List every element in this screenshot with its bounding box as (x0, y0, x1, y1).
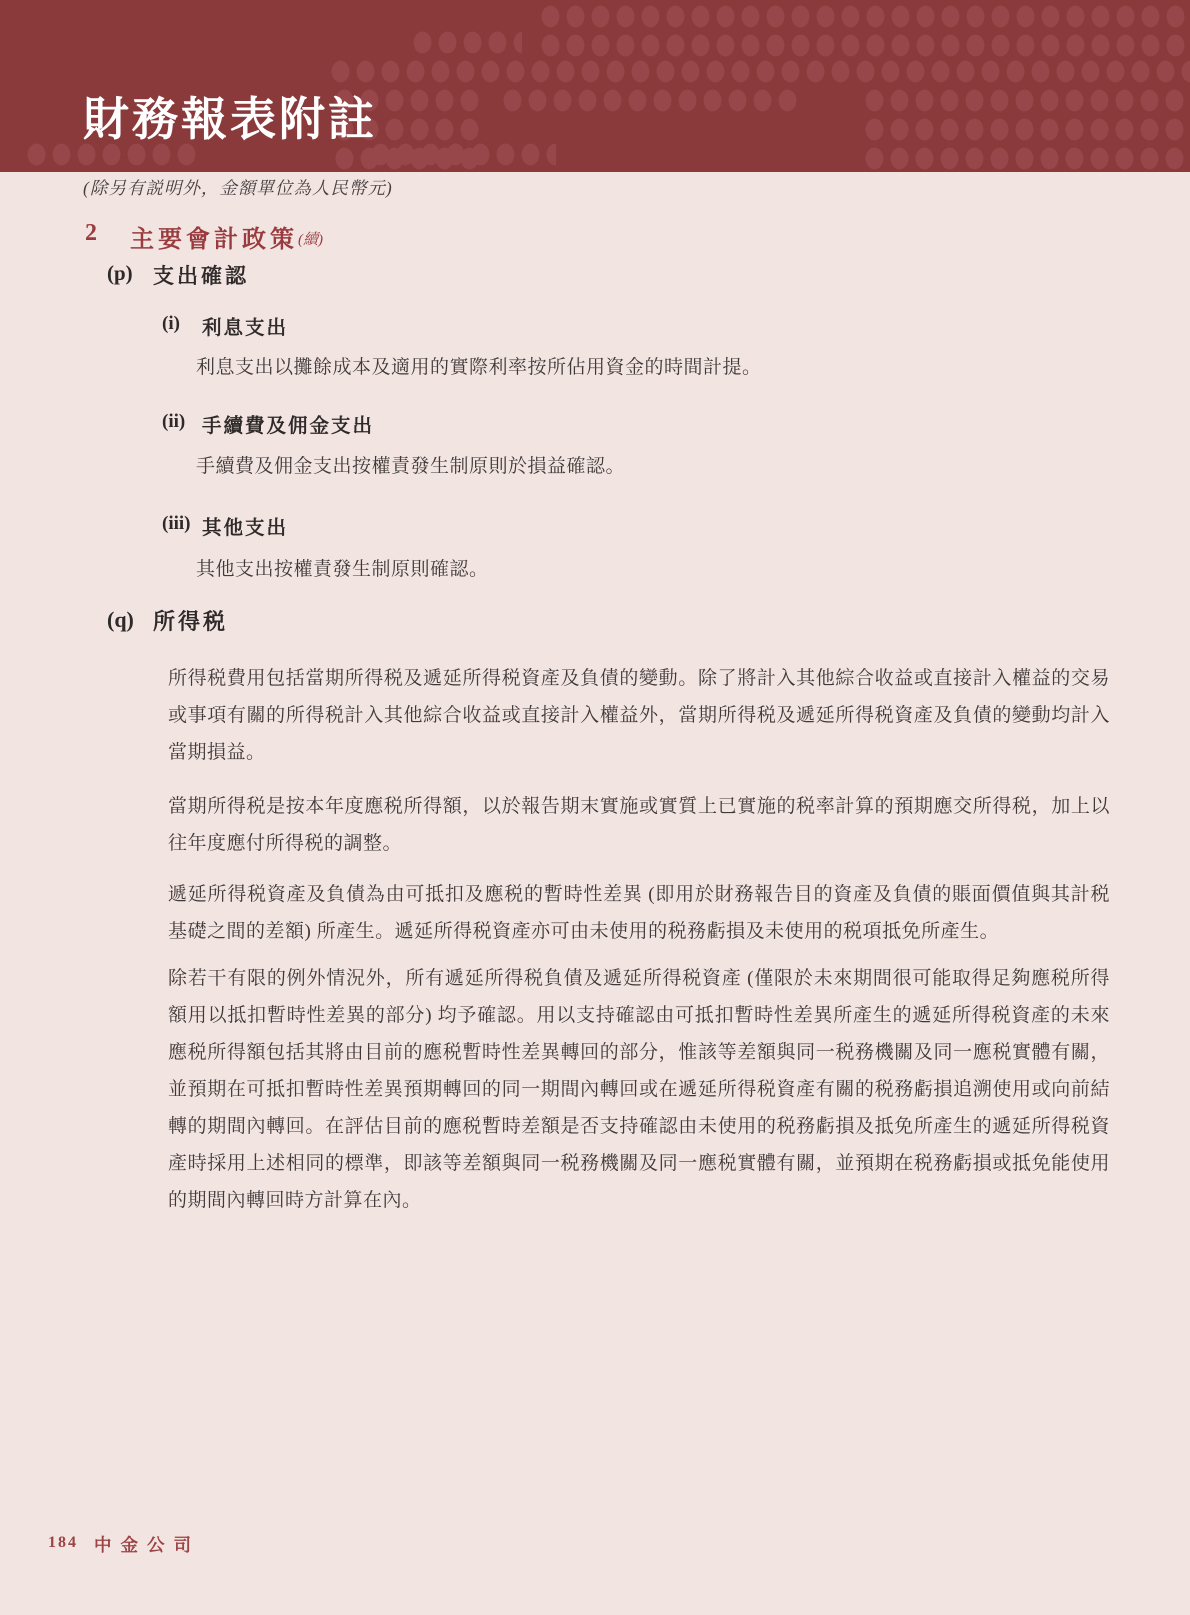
page-number: 184 (48, 1534, 78, 1552)
dot-pattern (328, 57, 1190, 86)
subsection-q-title: 所得税 (153, 605, 228, 636)
page-header-band: 財務報表附註 (0, 0, 1190, 172)
item-ii-paragraph: 手續費及佣金支出按權責發生制原則於損益確認。 (196, 448, 1110, 485)
document-page: 財務報表附註 (除另有説明外，金額單位為人民幣元) 2 主要會計政策 (續) (… (0, 0, 1190, 1615)
dot-pattern (500, 86, 800, 115)
subsection-q-paragraph: 除若干有限的例外情況外，所有遞延所得税負債及遞延所得税資產 (僅限於未來期間很可… (168, 960, 1110, 1219)
item-iii-label: (iii) (162, 513, 191, 535)
subsection-q-label: (q) (107, 607, 134, 633)
item-i-paragraph: 利息支出以攤餘成本及適用的實際利率按所佔用資金的時間計提。 (196, 349, 1110, 386)
section-number: 2 (85, 220, 97, 247)
company-name: 中金公司 (94, 1532, 200, 1557)
item-i-title: 利息支出 (202, 312, 288, 340)
section-title: 主要會計政策 (130, 219, 298, 254)
page-title: 財務報表附註 (83, 94, 377, 147)
currency-note: (除另有説明外，金額單位為人民幣元) (83, 175, 393, 200)
subsection-q-paragraph: 所得税費用包括當期所得税及遞延所得税資產及負債的變動。除了將計入其他綜合收益或直… (168, 660, 1110, 771)
subsection-p-title: 支出確認 (153, 260, 249, 290)
subsection-p-label: (p) (107, 261, 133, 286)
item-iii-paragraph: 其他支出按權責發生制原則確認。 (196, 551, 1110, 588)
item-i-label: (i) (162, 313, 180, 335)
dot-pattern (538, 2, 1190, 58)
dot-pattern (862, 86, 1190, 172)
subsection-q-paragraph: 當期所得税是按本年度應税所得額，以於報告期末實施或實質上已實施的税率計算的預期應… (168, 788, 1110, 862)
item-ii-label: (ii) (162, 411, 185, 433)
dot-pattern (368, 140, 556, 172)
dot-pattern (410, 28, 522, 56)
item-ii-title: 手續費及佣金支出 (202, 410, 374, 438)
subsection-q-paragraph: 遞延所得税資產及負債為由可抵扣及應税的暫時性差異 (即用於財務報告目的資產及負債… (168, 876, 1110, 950)
item-iii-title: 其他支出 (202, 512, 288, 540)
section-continued-marker: (續) (298, 228, 323, 249)
